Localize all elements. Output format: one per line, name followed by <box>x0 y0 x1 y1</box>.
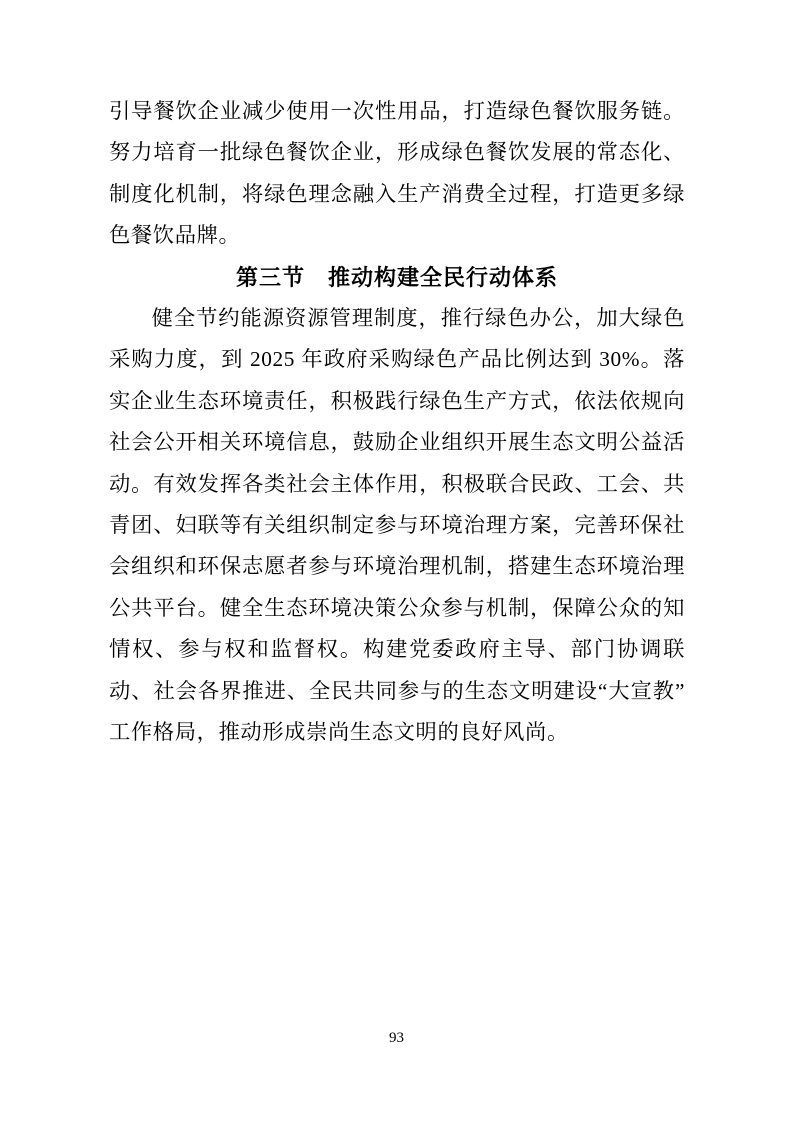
text-block: 引导餐饮企业减少使用一次性用品，打造绿色餐饮服务链。努力培育一批绿色餐饮企业，形… <box>109 91 685 754</box>
page-number: 93 <box>0 1029 793 1047</box>
document-page: 引导餐饮企业减少使用一次性用品，打造绿色餐饮服务链。努力培育一批绿色餐饮企业，形… <box>0 0 793 1122</box>
section-heading: 第三节 推动构建全民行动体系 <box>109 257 685 298</box>
paragraph-body: 健全节约能源资源管理制度，推行绿色办公，加大绿色采购力度，到 2025 年政府采… <box>109 298 685 753</box>
paragraph-continuation: 引导餐饮企业减少使用一次性用品，打造绿色餐饮服务链。努力培育一批绿色餐饮企业，形… <box>109 91 685 257</box>
